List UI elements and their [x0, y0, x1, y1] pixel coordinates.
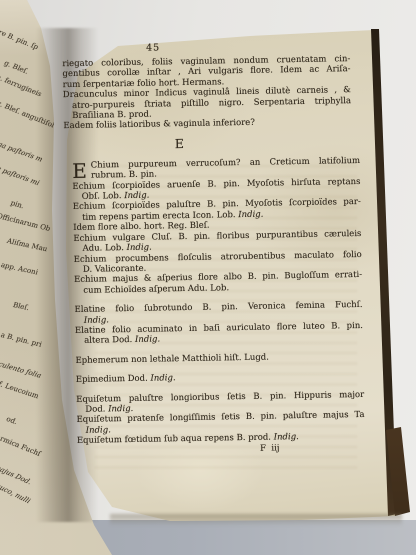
- text-segment: Indig.: [108, 404, 133, 414]
- text-segment: Indig.: [274, 432, 299, 442]
- drop-cap: E: [72, 162, 87, 181]
- left-page-fragment: cculento folia: [0, 360, 42, 380]
- text-segment: altera Dod.: [84, 335, 135, 346]
- entry-list: Echium ſcorpioïdes aruenſe B. pin. Myoſo…: [72, 176, 373, 446]
- left-page-fragment: Aliſma Mau: [6, 238, 48, 254]
- text-segment: Adu. Lob.: [82, 243, 126, 254]
- text-segment: rubrum. B. pin.: [91, 170, 157, 181]
- left-page-fragment: flore B. pin. ſp: [0, 26, 39, 52]
- left-page-fragment: pin.: [9, 200, 25, 211]
- text-segment: Indig.: [238, 210, 263, 220]
- text-segment: cum Echioïdes aſperum Adu. Lob.: [83, 283, 229, 296]
- text-segment: Indig.: [86, 425, 111, 435]
- book-photo: flore B. pin. ſpg. Bleſ.n. ferrugineisg.…: [0, 0, 416, 555]
- left-page-fragment: Officinarum Ob: [0, 213, 51, 233]
- left-page-fragment: rga paſtoris m: [0, 140, 43, 164]
- text-segment: Indig.: [150, 373, 175, 383]
- text-segment: Indig.: [124, 191, 149, 201]
- page-text: 45 riegato coloribus, foliis vaginulam n…: [70, 39, 373, 457]
- text-segment: Indig.: [84, 315, 109, 325]
- text-line: Epimedium Dod. Indig.: [76, 370, 364, 385]
- left-page-fragment: a B. pin. pri: [0, 332, 43, 349]
- left-page-fragment: od.: [5, 416, 19, 427]
- text-segment: Epimedium Dod.: [76, 374, 151, 385]
- left-page-fragment: lef. Leucoium: [0, 379, 40, 401]
- text-segment: Ephemerum non lethale Matthioli hiſt. Lu…: [75, 352, 269, 365]
- left-page-fragment: app. Aconi: [0, 262, 39, 277]
- left-page-fragment: Bleſ.: [12, 302, 30, 313]
- text-segment: Eadem foliis latioribus & vaginula infer…: [63, 118, 255, 131]
- text-line: Ephemerum non lethale Matthioli hiſt. Lu…: [75, 351, 363, 366]
- text-segment: Indig.: [135, 335, 160, 345]
- page-number: 45: [146, 39, 366, 55]
- left-page-fragment: ga paſtoris mi: [0, 164, 40, 188]
- signature-mark: F iij: [260, 441, 373, 453]
- text-segment: Dod.: [85, 404, 108, 414]
- text-segment: Indig.: [127, 243, 152, 253]
- top-paragraphs: riegato coloribus, foliis vaginulam nond…: [62, 54, 367, 132]
- text-segment: Equiſetum fœtidum ſub aqua repens B. pro…: [77, 433, 274, 446]
- section-heading: E: [175, 137, 184, 150]
- left-page-fragment: g. Bleſ. anguſtifol: [0, 100, 55, 130]
- left-page-fragment: n. ferrugineis: [0, 74, 43, 99]
- left-page-fragment: armica Fuchſ: [0, 434, 42, 458]
- left-page-fragment: majus Dod.: [0, 464, 32, 487]
- left-page-fragment: g. Bleſ.: [2, 60, 29, 76]
- page-bottom-shadow: [110, 514, 402, 526]
